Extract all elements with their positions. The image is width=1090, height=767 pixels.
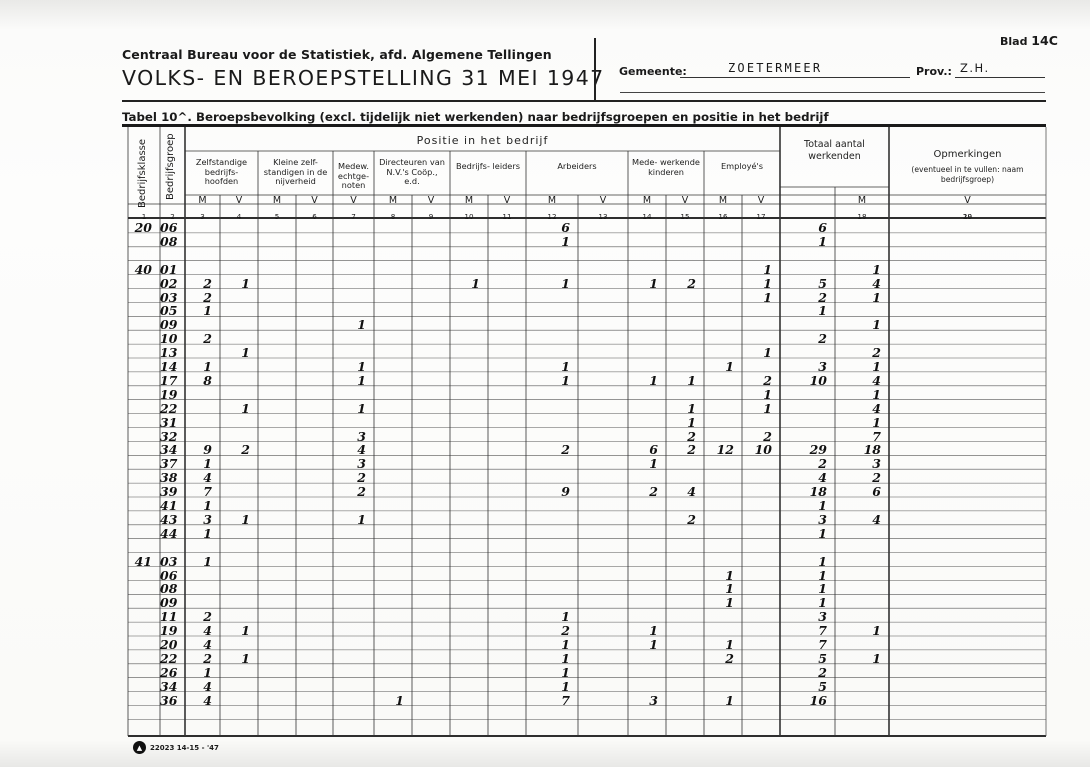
sex-subheader: V [488,195,526,206]
count-cell: 1 [742,262,772,277]
count-cell: 18 [780,484,827,499]
count-cell: 8 [185,373,212,388]
count-cell: 5 [780,679,827,694]
count-cell: 2 [185,651,212,666]
sex-subheader: M [704,195,742,206]
bedrijfsgroep-cell: 09 [160,595,177,610]
count-cell: 1 [628,373,658,388]
column-number: 15 [666,212,704,221]
count-cell: 1 [704,568,734,583]
sheet-label: Blad 14C [1000,33,1058,48]
bedrijfsklasse-cell: 20 [128,220,152,235]
printer-logo-icon: ▲ [133,741,146,754]
bedrijfsgroep-cell: 34 [160,442,177,457]
count-cell: 1 [333,317,366,332]
count-cell: 1 [333,373,366,388]
count-cell: 2 [333,484,366,499]
count-cell: 1 [185,303,212,318]
header-rule [122,100,1046,102]
count-cell: 1 [185,456,212,471]
sex-subheader: M [526,195,578,206]
bedrijfsgroep-cell: 08 [160,581,177,596]
count-cell: 2 [185,609,212,624]
bedrijfsgroep-cell: 37 [160,456,177,471]
count-cell: 1 [220,651,250,666]
bedrijfsgroep-cell: 11 [160,609,177,624]
column-group-header: Directeuren van N.V.'s Coöp., e.d. [374,158,450,187]
count-cell: 1 [526,679,570,694]
header-divider [594,38,596,100]
count-cell: 29 [780,442,827,457]
sex-subheader: V [666,195,704,206]
count-cell: 1 [185,554,212,569]
form-code: 22023 14-15 - '47 [150,744,219,752]
count-cell: 7 [835,429,881,444]
sex-subheader: M [258,195,296,206]
count-cell: 10 [780,373,827,388]
bedrijfsgroep-cell: 10 [160,331,177,346]
count-cell: 2 [742,373,772,388]
count-cell: 1 [704,359,734,374]
count-cell: 1 [220,623,250,638]
column-header-bedrijfsgroep: Bedrijfsgroep [165,133,176,200]
column-number: 3 [185,212,220,221]
count-cell: 4 [666,484,696,499]
column-number: 6 [296,212,333,221]
column-number: 13 [578,212,628,221]
column-group-header: Employé's [704,162,780,172]
count-cell: 1 [526,609,570,624]
column-header-positie: Positie in het bedrijf [185,136,780,146]
bedrijfsgroep-cell: 13 [160,345,177,360]
count-cell: 2 [780,665,827,680]
count-cell: 1 [835,262,881,277]
count-cell: 2 [526,442,570,457]
count-cell: 1 [526,637,570,652]
count-cell: 1 [742,276,772,291]
count-cell: 1 [835,623,881,638]
count-cell: 1 [742,401,772,416]
header-blank-line [620,92,1045,93]
count-cell: 1 [666,415,696,430]
count-cell: 2 [666,276,696,291]
count-cell: 1 [450,276,480,291]
province-value: Z.H. [960,61,990,75]
column-group-header: Zelfstandige bedrijfs- hoofden [185,158,258,187]
count-cell: 3 [835,456,881,471]
count-cell: 4 [835,401,881,416]
count-cell: 1 [333,359,366,374]
count-cell: 2 [526,623,570,638]
bedrijfsgroep-cell: 43 [160,512,177,527]
sex-subheader: M [628,195,666,206]
count-cell: 4 [185,623,212,638]
column-group-header: Bedrijfs- leiders [450,162,526,172]
bedrijfsgroep-cell: 34 [160,679,177,694]
count-cell: 4 [185,470,212,485]
count-cell: 16 [780,693,827,708]
count-cell: 1 [185,665,212,680]
count-cell: 1 [666,373,696,388]
count-cell: 2 [333,470,366,485]
sex-subheader: V [220,195,258,206]
count-cell: 3 [780,359,827,374]
municipality-label: Gemeente: [619,65,687,78]
count-cell: 2 [835,345,881,360]
count-cell: 1 [780,595,827,610]
sex-subheader: V [889,195,1046,206]
count-cell: 1 [220,276,250,291]
count-cell: 3 [185,512,212,527]
bedrijfsgroep-cell: 06 [160,220,177,235]
count-cell: 1 [742,290,772,305]
count-cell: 1 [780,526,827,541]
bedrijfsgroep-cell: 03 [160,554,177,569]
count-cell: 1 [526,665,570,680]
column-number: 4 [220,212,258,221]
count-cell: 1 [628,623,658,638]
count-cell: 1 [835,387,881,402]
count-cell: 6 [835,484,881,499]
column-number: 16 [704,212,742,221]
count-cell: 7 [526,693,570,708]
count-cell: 7 [780,623,827,638]
count-cell: 1 [704,581,734,596]
column-number: 10 [450,212,488,221]
count-cell: 5 [780,651,827,666]
province-label: Prov.: [916,65,952,78]
column-header-opmerkingen: Opmerkingen [889,150,1046,160]
column-number: 14 [628,212,666,221]
column-number: 5 [258,212,296,221]
count-cell: 2 [835,470,881,485]
bedrijfsgroep-cell: 19 [160,387,177,402]
count-cell: 2 [666,442,696,457]
column-number: 17 [742,212,780,221]
bedrijfsgroep-cell: 19 [160,623,177,638]
count-cell: 2 [185,276,212,291]
sheet-number: 14C [1031,33,1058,48]
sex-subheader: V [578,195,628,206]
count-cell: 1 [835,359,881,374]
count-cell: 6 [628,442,658,457]
bedrijfsgroep-cell: 44 [160,526,177,541]
bedrijfsklasse-cell: 41 [128,554,152,569]
column-number: 20 [889,212,1046,221]
bedrijfsgroep-cell: 32 [160,429,177,444]
column-number: 7 [333,212,374,221]
count-cell: 7 [185,484,212,499]
organisation-name: Centraal Bureau voor de Statistiek, afd.… [122,47,552,62]
count-cell: 3 [333,429,366,444]
table-title-rule [122,124,1046,127]
count-cell: 4 [835,373,881,388]
column-number: 9 [412,212,450,221]
sex-subheader: M [374,195,412,206]
count-cell: 4 [185,679,212,694]
form-title: VOLKS- EN BEROEPSTELLING 31 MEI 1947 [122,66,605,90]
bedrijfsgroep-cell: 31 [160,415,177,430]
count-cell: 1 [220,512,250,527]
bedrijfsgroep-cell: 01 [160,262,177,277]
sex-subheader: M [450,195,488,206]
count-cell: 1 [374,693,404,708]
bedrijfsklasse-cell: 40 [128,262,152,277]
count-cell: 1 [835,415,881,430]
form-footer: ▲ 22023 14-15 - '47 [133,741,219,754]
count-cell: 1 [333,512,366,527]
bedrijfsgroep-cell: 08 [160,234,177,249]
count-cell: 6 [780,220,827,235]
bedrijfsgroep-cell: 39 [160,484,177,499]
count-cell: 1 [780,581,827,596]
count-cell: 3 [780,609,827,624]
count-cell: 3 [780,512,827,527]
count-cell: 5 [780,276,827,291]
count-cell: 1 [526,359,570,374]
count-cell: 3 [628,693,658,708]
count-cell: 1 [780,498,827,513]
count-cell: 1 [742,345,772,360]
count-cell: 1 [185,526,212,541]
count-cell: 4 [780,470,827,485]
count-cell: 1 [220,401,250,416]
column-number: 11 [488,212,526,221]
count-cell: 2 [628,484,658,499]
bedrijfsgroep-cell: 06 [160,568,177,583]
bedrijfsgroep-cell: 22 [160,401,177,416]
count-cell: 3 [333,456,366,471]
bedrijfsgroep-cell: 02 [160,276,177,291]
bedrijfsgroep-cell: 17 [160,373,177,388]
sheet-label-text: Blad [1000,35,1027,48]
count-cell: 1 [333,401,366,416]
count-cell: 1 [526,276,570,291]
count-cell: 1 [628,276,658,291]
count-cell: 9 [526,484,570,499]
count-cell: 2 [780,290,827,305]
count-cell: 1 [780,234,827,249]
count-cell: 6 [526,220,570,235]
municipality-value: ZOETERMEER [728,61,822,75]
count-cell: 7 [780,637,827,652]
count-cell: 9 [185,442,212,457]
count-cell: 1 [835,290,881,305]
count-cell: 2 [704,651,734,666]
count-cell: 2 [666,512,696,527]
count-cell: 4 [185,637,212,652]
bedrijfsgroep-cell: 26 [160,665,177,680]
sex-subheader: V [296,195,333,206]
bedrijfsgroep-cell: 05 [160,303,177,318]
count-cell: 1 [526,651,570,666]
count-cell: 4 [835,512,881,527]
count-cell: 2 [780,331,827,346]
column-header-bedrijfsklasse: Bedrijfsklasse [137,139,148,208]
count-cell: 1 [628,456,658,471]
bedrijfsgroep-cell: 03 [160,290,177,305]
count-cell: 1 [526,373,570,388]
bedrijfsgroep-cell: 14 [160,359,177,374]
count-cell: 1 [835,317,881,332]
bedrijfsgroep-cell: 38 [160,470,177,485]
count-cell: 1 [835,651,881,666]
count-cell: 1 [220,345,250,360]
count-cell: 1 [526,234,570,249]
count-cell: 1 [704,637,734,652]
count-cell: 4 [835,276,881,291]
sex-subheader: V [333,195,374,206]
count-cell: 1 [628,637,658,652]
table-title: Tabel 10^. Beroepsbevolking (excl. tijde… [122,110,829,124]
column-group-header: Kleine zelf- standigen in de nijverheid [258,158,333,187]
count-cell: 4 [185,693,212,708]
count-cell: 2 [666,429,696,444]
column-header-opmerkingen-note: (eventueel in te vullen: naam bedrijfsgr… [900,165,1035,184]
count-cell: 1 [780,554,827,569]
bedrijfsgroep-cell: 36 [160,693,177,708]
column-group-header: Medew. echtge- noten [333,162,374,191]
count-cell: 1 [704,693,734,708]
municipality-underline [680,77,910,78]
count-cell: 1 [742,387,772,402]
count-cell: 1 [704,595,734,610]
count-cell: 2 [742,429,772,444]
column-number: 18 [835,212,889,221]
column-number: 8 [374,212,412,221]
sex-subheader: V [742,195,780,206]
count-cell: 12 [704,442,734,457]
count-cell: 10 [742,442,772,457]
province-underline [955,77,1045,78]
count-cell: 2 [185,290,212,305]
count-cell: 2 [220,442,250,457]
bedrijfsgroep-cell: 20 [160,637,177,652]
census-form-page: Centraal Bureau voor de Statistiek, afd.… [0,0,1090,767]
bedrijfsgroep-cell: 09 [160,317,177,332]
count-cell: 4 [333,442,366,457]
column-group-header: Mede- werkende kinderen [628,158,704,177]
sex-subheader: M [835,195,889,206]
bedrijfsgroep-cell: 41 [160,498,177,513]
count-cell: 1 [780,568,827,583]
count-cell: 1 [780,303,827,318]
sex-subheader: M [185,195,220,206]
count-cell: 2 [780,456,827,471]
count-cell: 1 [185,359,212,374]
column-header-totaal: Totaal aantal werkenden [780,139,889,163]
count-cell: 18 [835,442,881,457]
sex-subheader: V [412,195,450,206]
count-cell: 1 [666,401,696,416]
column-group-header: Arbeiders [526,162,628,172]
count-cell: 1 [185,498,212,513]
count-cell: 2 [185,331,212,346]
bedrijfsgroep-cell: 22 [160,651,177,666]
